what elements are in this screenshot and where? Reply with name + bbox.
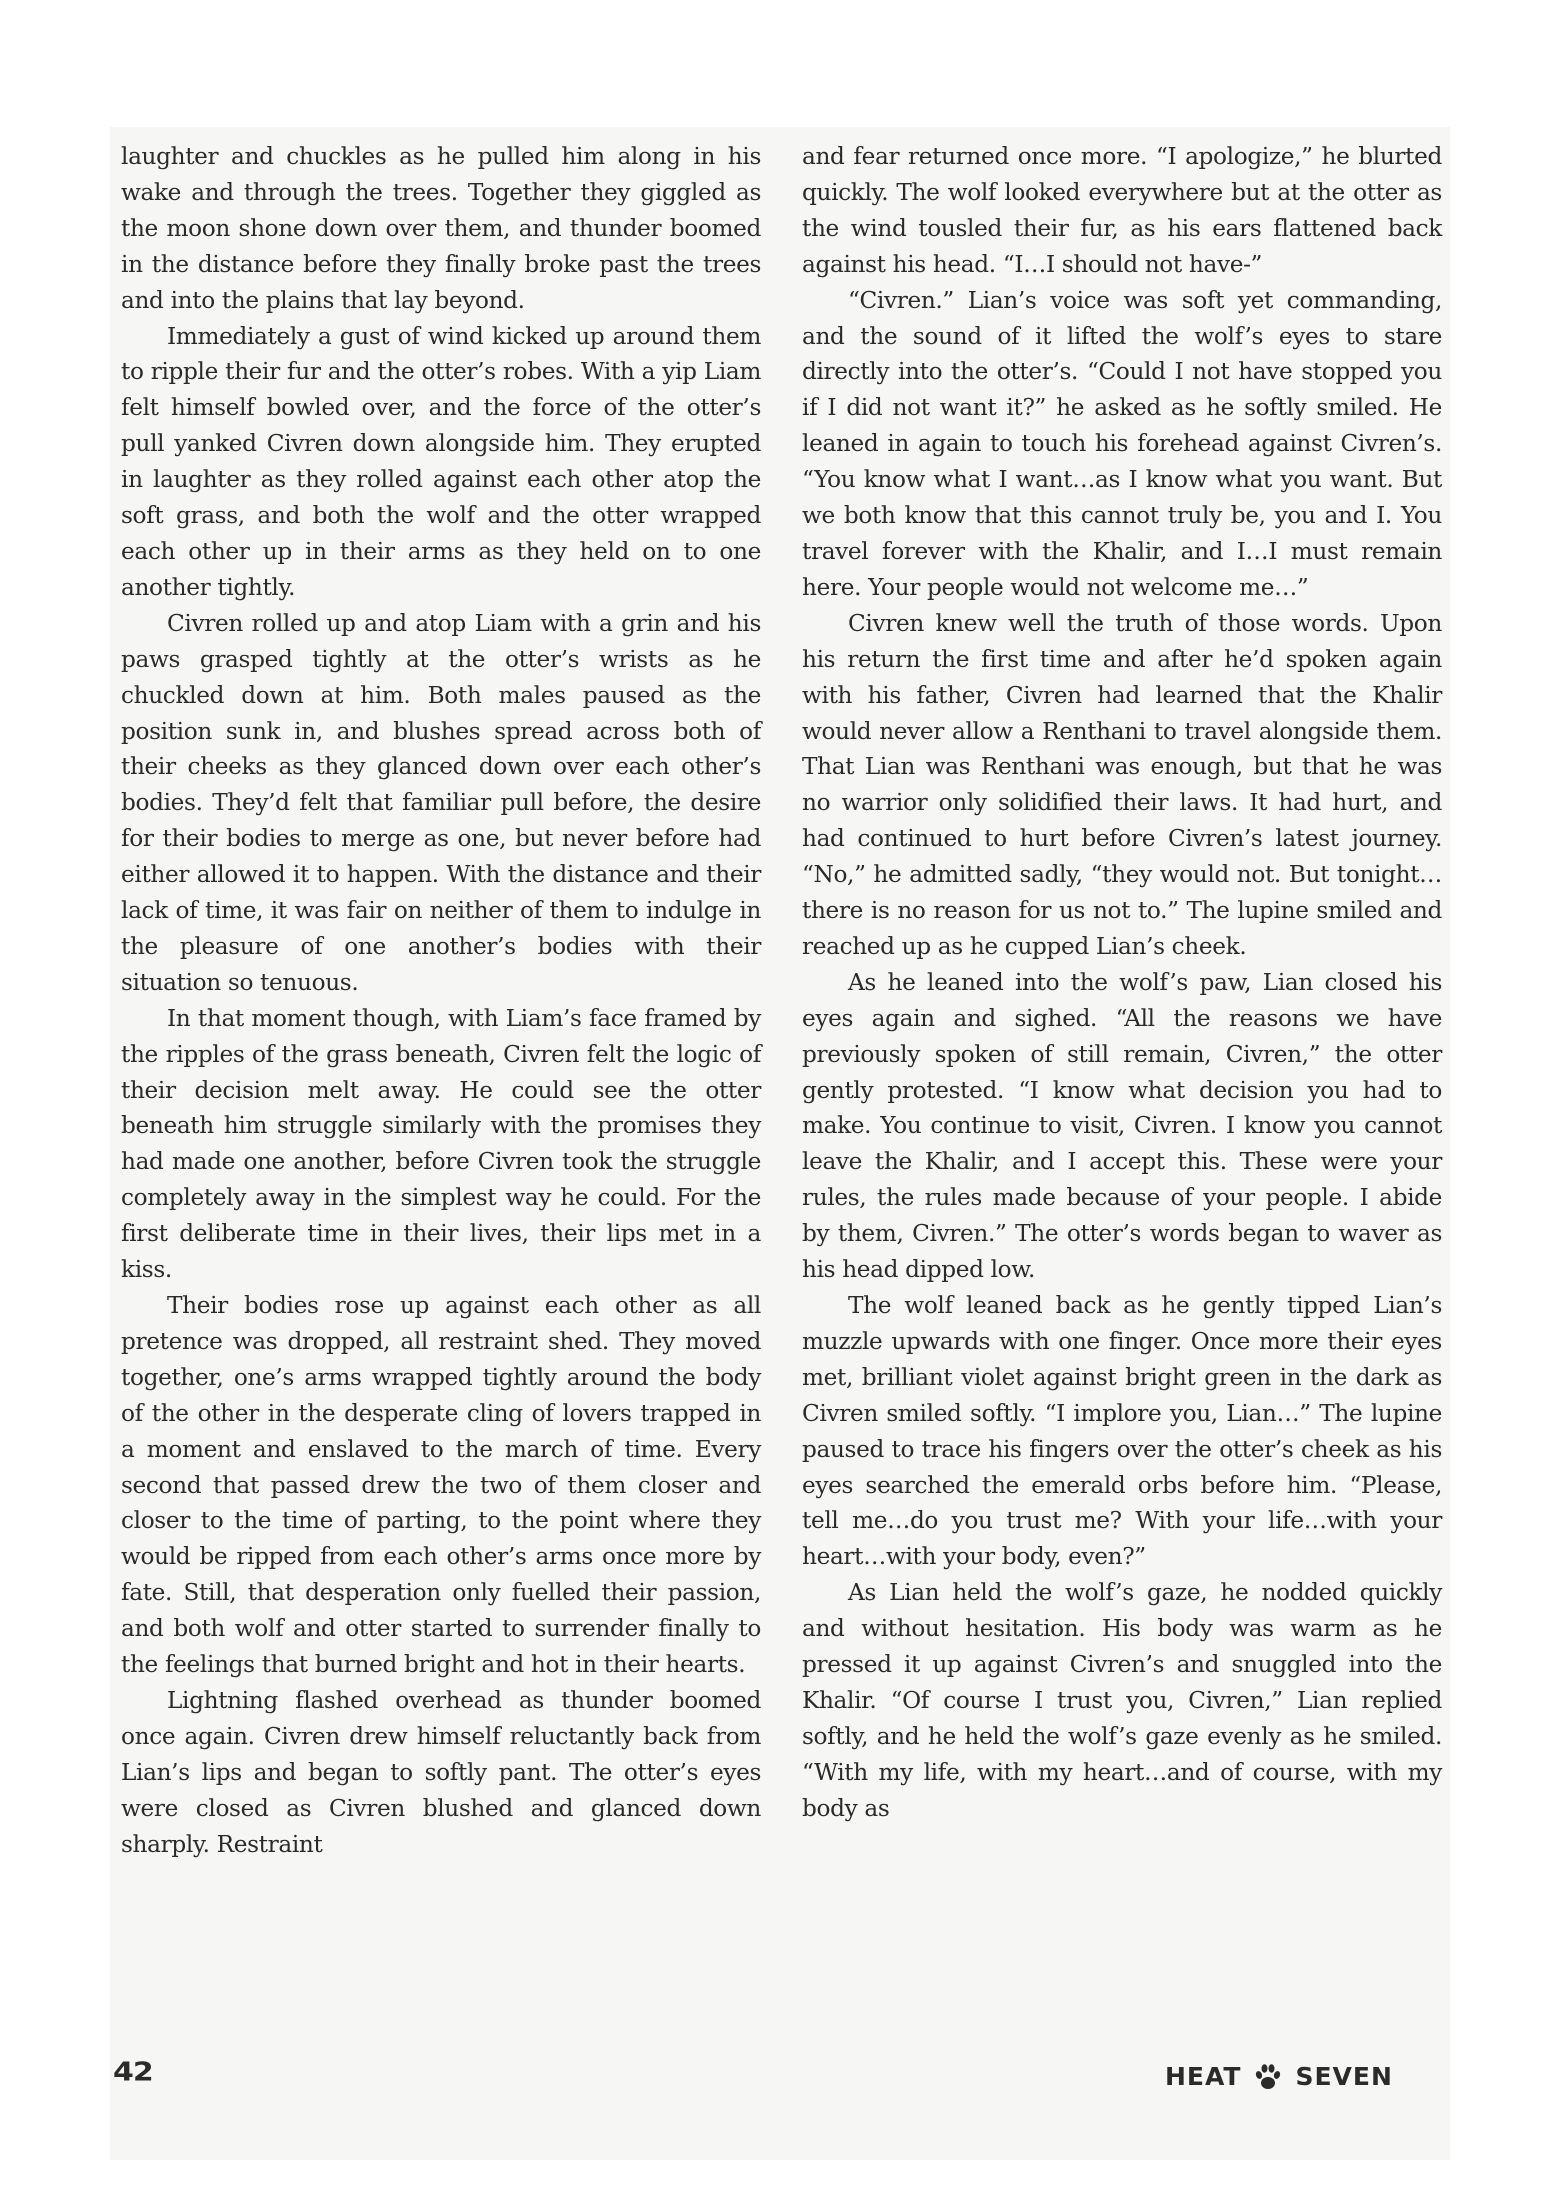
paragraph: “Civren.” Lian’s voice was soft yet com­…: [802, 283, 1442, 606]
paragraph: Civren knew well the truth of those word…: [802, 606, 1442, 965]
paragraph: In that moment though, with Liam’s face …: [121, 1001, 761, 1288]
right-text-column: and fear returned once more. “I apologiz…: [802, 139, 1442, 1827]
paragraph: laughter and chuckles as he pulled him a…: [121, 139, 761, 319]
paw-print-icon: [1253, 2062, 1283, 2092]
paragraph: As Lian held the wolf’s gaze, he nodded …: [802, 1575, 1442, 1826]
paragraph: The wolf leaned back as he gently tipped…: [802, 1288, 1442, 1575]
paragraph: Civren rolled up and atop Liam with a gr…: [121, 606, 761, 1001]
magazine-brand: HEAT SEVEN: [1165, 2062, 1393, 2092]
paragraph: Lightning flashed overhead as thunder bo…: [121, 1683, 761, 1863]
paragraph: As he leaned into the wolf’s paw, Lian c…: [802, 965, 1442, 1288]
brand-word-right: SEVEN: [1295, 2064, 1392, 2090]
page-number: 42: [113, 2060, 153, 2086]
paragraph: Their bodies rose up against each other …: [121, 1288, 761, 1683]
brand-word-left: HEAT: [1165, 2064, 1241, 2090]
left-text-column: laughter and chuckles as he pulled him a…: [121, 139, 761, 1863]
magazine-page: laughter and chuckles as he pulled him a…: [110, 127, 1450, 2160]
paragraph: Immediately a gust of wind kicked up aro…: [121, 319, 761, 606]
paragraph: and fear returned once more. “I apologiz…: [802, 139, 1442, 283]
